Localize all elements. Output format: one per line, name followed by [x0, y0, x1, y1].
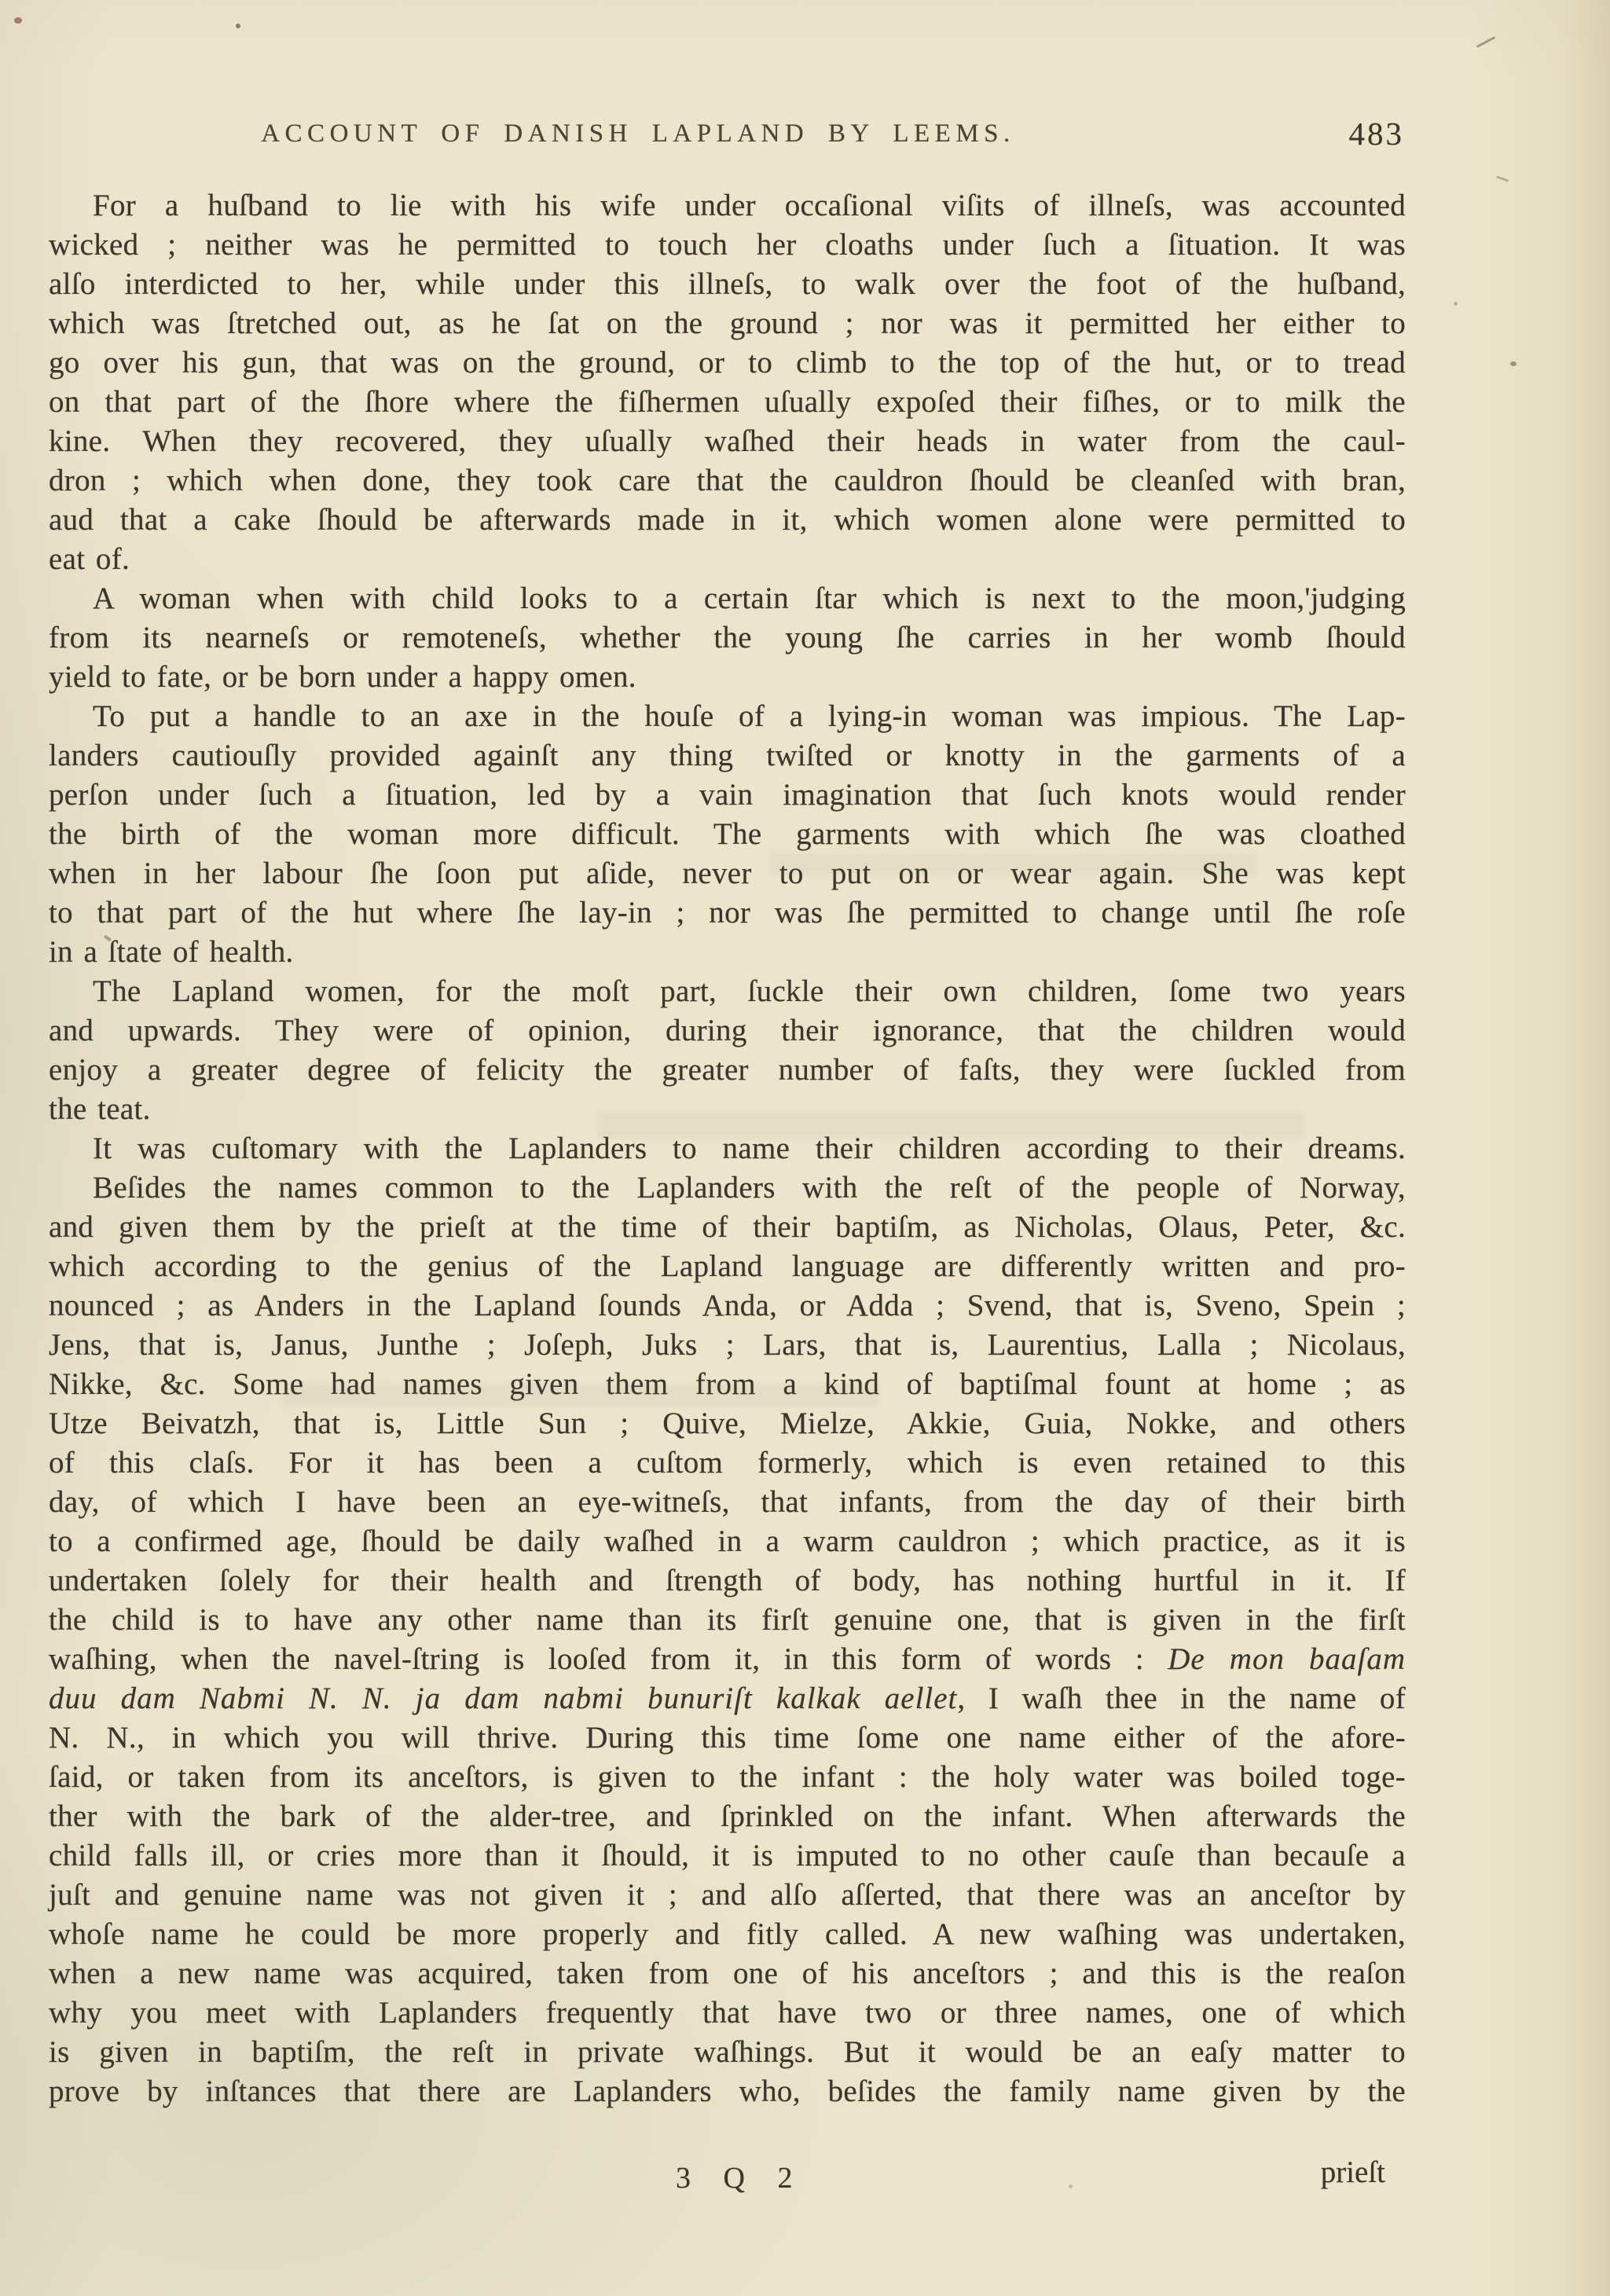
text-line: the birth of the woman more difficult. T…: [49, 815, 1406, 854]
text-line: day, of which I have been an eye-witneſs…: [49, 1483, 1406, 1522]
text-run: Beſides the names common to the Laplande…: [93, 1171, 1406, 1205]
text-run: Utze Beivatzh, that is, Little Sun ; Qui…: [49, 1407, 1406, 1440]
text-line: to that part of the hut where ſhe lay-in…: [49, 893, 1406, 933]
text-line: A woman when with child looks to a certa…: [49, 579, 1406, 618]
text-line: aud that a cake ſhould be afterwards mad…: [49, 501, 1406, 540]
text-run: day, of which I have been an eye-witneſs…: [49, 1485, 1406, 1519]
text-line: and upwards. They were of opinion, durin…: [49, 1011, 1406, 1051]
text-run: and upwards. They were of opinion, durin…: [49, 1014, 1406, 1047]
text-line: alſo interdicted to her, while under thi…: [49, 265, 1406, 304]
text-line: child falls ill, or cries more than it ſ…: [49, 1836, 1406, 1876]
text-run: the teat.: [49, 1092, 151, 1126]
text-line: It was cuſtomary with the Laplanders to …: [49, 1129, 1406, 1168]
text-line: For a huſband to lie with his wife under…: [49, 186, 1406, 226]
text-run: to a confirmed age, ſhould be daily waſh…: [49, 1524, 1406, 1558]
text-line: go over his gun, that was on the ground,…: [49, 343, 1406, 383]
text-run: ſaid, or taken from its anceſtors, is gi…: [49, 1760, 1406, 1794]
text-run: the child is to have any other name than…: [49, 1603, 1406, 1637]
text-line: ther with the bark of the alder-tree, an…: [49, 1797, 1406, 1836]
text-line: Utze Beivatzh, that is, Little Sun ; Qui…: [49, 1404, 1406, 1443]
text-line: juſt and genuine name was not given it ;…: [49, 1876, 1406, 1915]
text-run: N. N., in which you will thrive. During …: [49, 1721, 1406, 1755]
text-run: For a huſband to lie with his wife under…: [93, 189, 1406, 222]
text-run: ther with the bark of the alder-tree, an…: [49, 1799, 1406, 1833]
text-line: in a ſtate of health.: [49, 933, 1406, 972]
text-line: from its nearneſs or remoteneſs, whether…: [49, 618, 1406, 658]
text-line: and given them by the prieſt at the time…: [49, 1208, 1406, 1247]
text-run: is given in baptiſm, the reſt in private…: [49, 2035, 1406, 2069]
text-line: the teat.: [49, 1090, 1406, 1129]
text-line: which according to the genius of the Lap…: [49, 1247, 1406, 1286]
text-run: undertaken ſolely for their health and ſ…: [49, 1564, 1406, 1597]
text-run: when a new name was acquired, taken from…: [49, 1957, 1406, 1990]
text-line: to a confirmed age, ſhould be daily waſh…: [49, 1522, 1406, 1561]
text-line: is given in baptiſm, the reſt in private…: [49, 2033, 1406, 2072]
page-number: 483: [1349, 115, 1405, 152]
signature-mark: 3 Q 2: [676, 2161, 805, 2195]
text-run: on that part of the ſhore where the fiſh…: [49, 385, 1406, 419]
paper-speck: [14, 17, 22, 24]
text-run: go over his gun, that was on the ground,…: [49, 346, 1406, 380]
paper-speck: [1510, 361, 1516, 366]
text-line: undertaken ſolely for their health and ſ…: [49, 1561, 1406, 1601]
text-line: yield to fate, or be born under a happy …: [49, 658, 1406, 697]
body-text: For a huſband to lie with his wife under…: [49, 186, 1406, 2111]
text-run: Jens, that is, Janus, Junthe ; Joſeph, J…: [49, 1328, 1406, 1362]
text-line: when a new name was acquired, taken from…: [49, 1954, 1406, 1993]
pen-stroke: [1496, 175, 1509, 182]
text-run: child falls ill, or cries more than it ſ…: [49, 1839, 1406, 1872]
text-run: in a ſtate of health.: [49, 935, 294, 969]
book-page: ACCOUNT OF DANISH LAPLAND BY LEEMS. 483 …: [0, 0, 1610, 2296]
text-line: landers cautiouſly provided againſt any …: [49, 736, 1406, 776]
text-run: when in her labour ſhe ſoon put aſide, n…: [49, 856, 1406, 890]
paper-speck: [1069, 2184, 1073, 2188]
text-run: kine. When they recovered, they uſually …: [49, 424, 1406, 458]
text-line: the child is to have any other name than…: [49, 1601, 1406, 1640]
text-run: The Lapland women, for the moſt part, ſu…: [93, 974, 1406, 1008]
text-run: perſon under ſuch a ſituation, led by a …: [49, 778, 1406, 812]
text-run: alſo interdicted to her, while under thi…: [49, 267, 1406, 301]
text-run: Nikke, &c. Some had names given them fro…: [49, 1367, 1406, 1401]
text-line: Jens, that is, Janus, Junthe ; Joſeph, J…: [49, 1326, 1406, 1365]
text-run: nounced ; as Anders in the Lapland ſound…: [49, 1289, 1406, 1322]
text-line: why you meet with Laplanders frequently …: [49, 1993, 1406, 2033]
text-run: To put a handle to an axe in the houſe o…: [93, 699, 1406, 733]
text-run: which according to the genius of the Lap…: [49, 1249, 1406, 1283]
text-line: perſon under ſuch a ſituation, led by a …: [49, 776, 1406, 815]
text-run: yield to fate, or be born under a happy …: [49, 660, 636, 694]
text-run: prove by inſtances that there are Laplan…: [49, 2074, 1406, 2108]
italic-phrase: De mon baaſam: [1168, 1642, 1406, 1676]
text-run: eat of.: [49, 542, 130, 576]
text-run: It was cuſtomary with the Laplanders to …: [93, 1131, 1406, 1165]
text-line: duu dam Nabmi N. N. ja dam nabmi bunuriſ…: [49, 1679, 1406, 1718]
text-run: the birth of the woman more difficult. T…: [49, 817, 1406, 851]
text-run: of this claſs. For it has been a cuſtom …: [49, 1446, 1406, 1480]
text-run: landers cautiouſly provided againſt any …: [49, 739, 1406, 772]
text-line: whoſe name he could be more properly and…: [49, 1915, 1406, 1954]
running-header: ACCOUNT OF DANISH LAPLAND BY LEEMS.: [49, 119, 1227, 149]
text-line: kine. When they recovered, they uſually …: [49, 422, 1406, 461]
text-line: on that part of the ſhore where the fiſh…: [49, 383, 1406, 422]
text-run: from its nearneſs or remoteneſs, whether…: [49, 621, 1406, 655]
text-line: To put a handle to an axe in the houſe o…: [49, 697, 1406, 736]
text-run: wicked ; neither was he permitted to tou…: [49, 228, 1406, 262]
text-line: of this claſs. For it has been a cuſtom …: [49, 1443, 1406, 1483]
text-run: which was ſtretched out, as he ſat on th…: [49, 306, 1406, 340]
text-run: aud that a cake ſhould be afterwards mad…: [49, 503, 1406, 537]
text-run: enjoy a greater degree of felicity the g…: [49, 1053, 1406, 1087]
text-line: wicked ; neither was he permitted to tou…: [49, 226, 1406, 265]
text-line: prove by inſtances that there are Laplan…: [49, 2072, 1406, 2111]
text-run: whoſe name he could be more properly and…: [49, 1917, 1406, 1951]
text-run: why you meet with Laplanders frequently …: [49, 1996, 1406, 2030]
text-run: dron ; which when done, they took care t…: [49, 464, 1406, 497]
text-run: A woman when with child looks to a certa…: [93, 581, 1406, 615]
text-line: waſhing, when the navel-ſtring is looſed…: [49, 1640, 1406, 1679]
text-line: The Lapland women, for the moſt part, ſu…: [49, 972, 1406, 1011]
text-run: , I waſh thee in the name of: [957, 1682, 1406, 1715]
text-line: ſaid, or taken from its anceſtors, is gi…: [49, 1758, 1406, 1797]
text-line: eat of.: [49, 540, 1406, 579]
paper-speck: [1454, 302, 1458, 306]
text-line: Beſides the names common to the Laplande…: [49, 1168, 1406, 1208]
text-line: nounced ; as Anders in the Lapland ſound…: [49, 1286, 1406, 1326]
pen-stroke: [1476, 36, 1495, 48]
text-line: N. N., in which you will thrive. During …: [49, 1718, 1406, 1758]
text-run: and given them by the prieſt at the time…: [49, 1210, 1406, 1244]
italic-phrase: duu dam Nabmi N. N. ja dam nabmi bunuriſ…: [49, 1682, 957, 1715]
text-line: which was ſtretched out, as he ſat on th…: [49, 304, 1406, 343]
text-line: enjoy a greater degree of felicity the g…: [49, 1051, 1406, 1090]
text-line: Nikke, &c. Some had names given them fro…: [49, 1365, 1406, 1404]
text-line: when in her labour ſhe ſoon put aſide, n…: [49, 854, 1406, 893]
text-line: dron ; which when done, they took care t…: [49, 461, 1406, 501]
paper-speck: [236, 24, 240, 28]
text-run: waſhing, when the navel-ſtring is looſed…: [49, 1642, 1168, 1676]
text-run: juſt and genuine name was not given it ;…: [49, 1878, 1406, 1912]
catchword: prieſt: [1321, 2155, 1385, 2190]
text-run: to that part of the hut where ſhe lay-in…: [49, 896, 1406, 930]
